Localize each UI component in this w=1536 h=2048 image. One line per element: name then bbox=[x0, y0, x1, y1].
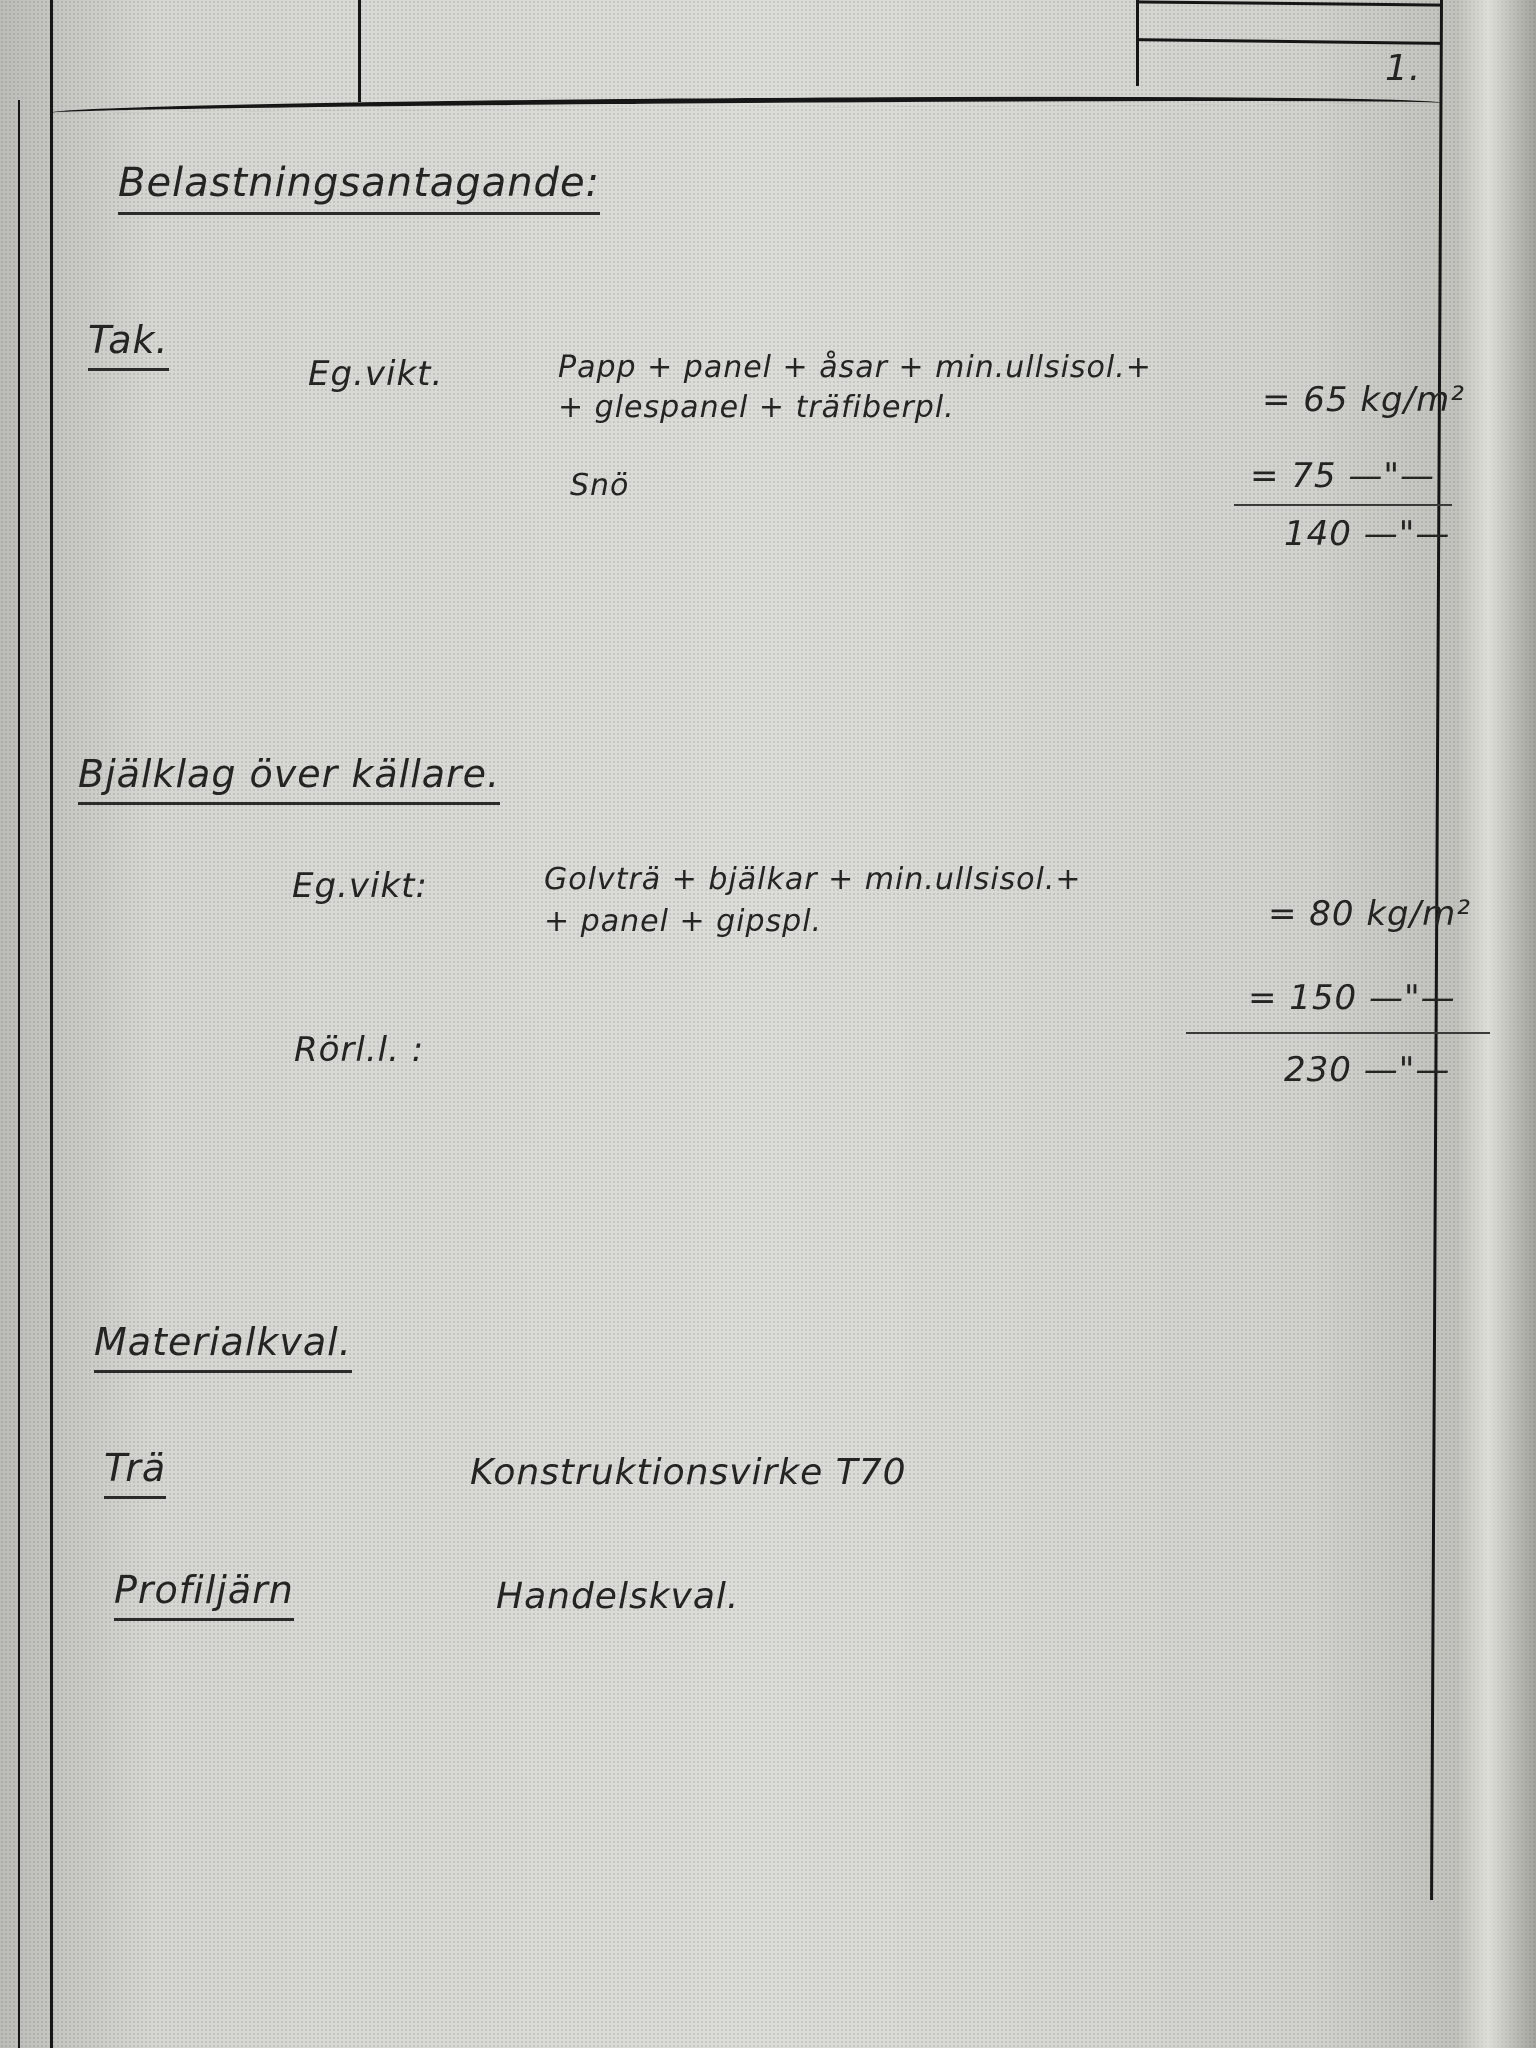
title-block-divider-2 bbox=[1136, 0, 1139, 86]
page-edge-shadow bbox=[1456, 0, 1536, 2048]
roof-dead-load-value: = 65 kg/m² bbox=[1262, 380, 1465, 420]
material-value-timber: Konstruktionsvirke T70 bbox=[470, 1452, 907, 1493]
roof-total-value: 140 —"— bbox=[1284, 514, 1450, 554]
floor-dead-load-desc-2: + panel + gipspl. bbox=[544, 904, 822, 939]
roof-snow-label: Snö bbox=[570, 468, 629, 503]
frame-left-border bbox=[50, 0, 53, 2048]
roof-dead-load-desc-2: + glespanel + träfiberpl. bbox=[558, 390, 955, 425]
frame-inner-left-border bbox=[18, 100, 20, 2048]
roof-dead-load-label: Eg.vikt. bbox=[308, 354, 443, 394]
floor-total-value: 230 —"— bbox=[1284, 1050, 1450, 1090]
sheet-number: 1. bbox=[1385, 48, 1421, 89]
title-block-row-line-2 bbox=[1136, 38, 1442, 45]
paper-texture bbox=[0, 0, 1536, 2048]
floor-sum-line bbox=[1186, 1032, 1490, 1034]
page-heading: Belastningsantagande: bbox=[118, 160, 600, 215]
roof-sum-line bbox=[1234, 504, 1452, 506]
section-title-floor: Bjälklag över källare. bbox=[78, 752, 500, 805]
roof-dead-load-desc-1: Papp + panel + åsar + min.ullsisol.+ bbox=[558, 350, 1152, 385]
material-label-timber: Trä bbox=[104, 1446, 166, 1499]
floor-dead-load-value: = 80 kg/m² bbox=[1268, 894, 1471, 934]
material-label-steel: Profiljärn bbox=[114, 1568, 294, 1621]
material-value-steel: Handelskval. bbox=[496, 1576, 739, 1617]
title-block-bottom-line bbox=[50, 93, 1442, 113]
section-title-roof: Tak. bbox=[88, 318, 169, 371]
floor-live-load-value: = 150 —"— bbox=[1248, 978, 1456, 1018]
floor-dead-load-desc-1: Golvträ + bjälkar + min.ullsisol.+ bbox=[544, 862, 1082, 897]
title-block-divider-1 bbox=[358, 0, 361, 102]
title-block-row-line-1 bbox=[1136, 0, 1442, 6]
roof-snow-value: = 75 —"— bbox=[1250, 456, 1435, 496]
floor-live-load-label: Rörl.l. : bbox=[294, 1030, 424, 1070]
section-title-materials: Materialkval. bbox=[94, 1320, 352, 1373]
frame-right-border bbox=[1430, 0, 1443, 1900]
floor-dead-load-label: Eg.vikt: bbox=[292, 866, 428, 906]
